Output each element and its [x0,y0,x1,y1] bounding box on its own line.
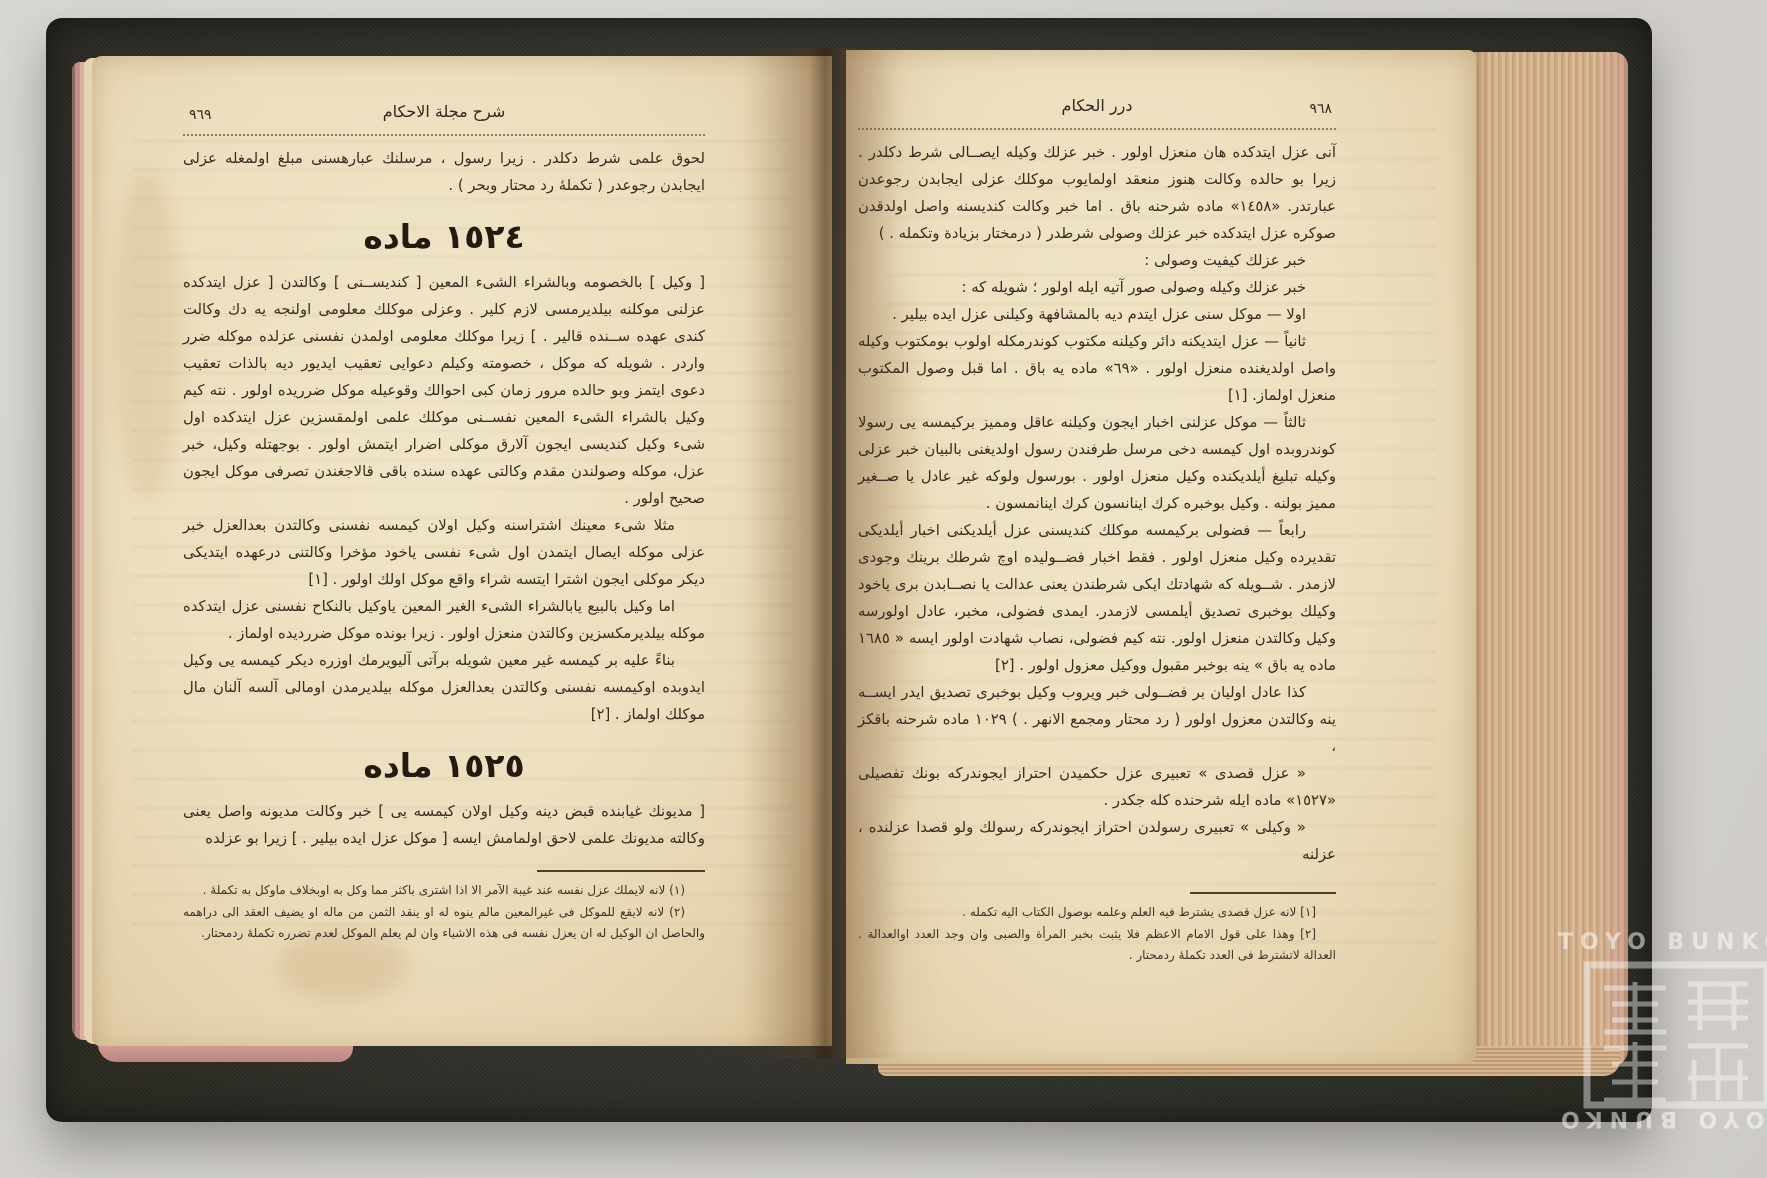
right-page-blocks: آنى عزل ايتدكده هان منعزل اولور . خبر عز… [858,139,1336,868]
right-page-header: ٩٦٨ درر الحكام [858,90,1336,128]
text-paragraph: ثالثاً — موكل عزلنى اخبار ايجون وكيلنه ع… [858,409,1336,517]
left-page-header: ٩٦٩ شرح مجلة الاحكام [183,96,705,134]
footnote-line: [٢] وهذا على قول الامام الاعظم فلا يثبت … [858,924,1336,967]
right-page-footnotes: [١] لانه عزل قصدى يشترط فيه العلم وعلمه … [858,902,1336,967]
text-paragraph: « وكيلى » تعبيرى رسولدن احتراز ايجوندركه… [858,814,1336,868]
text-paragraph: بناءً عليه بر كيمسه غير معين شويله برآتى… [183,647,705,728]
text-paragraph: مثلا شىء معينك اشتراسنه وكيل اولان كيمسه… [183,512,705,593]
text-paragraph: اولا — موكل سنى عزل ايتدم ديه بالمشافهة … [858,301,1336,328]
text-paragraph: كذا عادل اوليان بر فضــولى خبر ويروب وكي… [858,679,1336,760]
text-paragraph: لحوق علمى شرط دكلدر . زيرا رسول ، مرسلنك… [183,145,705,199]
left-page-blocks: لحوق علمى شرط دكلدر . زيرا رسول ، مرسلنك… [183,145,705,852]
left-page-footnotes: (١) لانه لايملك عزل نفسه عند غيبة الآمر … [183,880,705,945]
text-paragraph: اما وكيل بالبيع يابالشراء الشىء الغير ال… [183,593,705,647]
right-page-number: ٩٦٨ [1309,96,1332,123]
right-header-rule [858,128,1336,130]
article-heading: ١٥٢٤ ماده [183,213,705,261]
text-paragraph: [ مديونك غيابنده قبض دينه وكيل اولان كيم… [183,798,705,852]
text-paragraph: خبر عزلك وكيله وصولى صور آتيه ايله اولور… [858,274,1336,301]
footnote-line: (٢) لانه لايقع للموكل فى غيرالمعين مالم … [183,902,705,945]
right-page-text: ٩٦٨ درر الحكام آنى عزل ايتدكده هان منعزل… [858,90,1336,967]
article-heading: ١٥٢٥ ماده [183,742,705,790]
footnote-line: [١] لانه عزل قصدى يشترط فيه العلم وعلمه … [858,902,1336,924]
left-header-rule [183,134,705,136]
text-paragraph: « عزل قصدى » تعبيرى عزل حكميدن احتراز اي… [858,760,1336,814]
text-paragraph: آنى عزل ايتدكده هان منعزل اولور . خبر عز… [858,139,1336,247]
left-page-title: شرح مجلة الاحكام [383,98,506,125]
left-page-text: ٩٦٩ شرح مجلة الاحكام لحوق علمى شرط دكلدر… [183,96,705,945]
page-fore-edge [1474,52,1628,1066]
left-page-number: ٩٦٩ [189,102,212,129]
text-paragraph: ثانياً — عزل ايتديكنه دائر وكيلنه مكتوب … [858,328,1336,409]
book-photo: ٩٦٩ شرح مجلة الاحكام لحوق علمى شرط دكلدر… [0,0,1767,1178]
right-footnote-separator [1190,892,1336,894]
right-page-title: درر الحكام [1062,92,1133,119]
text-paragraph: رابعاً — فضولى بركيمسه موكلك كنديسنى عزل… [858,517,1336,679]
footnote-line: (١) لانه لايملك عزل نفسه عند غيبة الآمر … [183,880,705,902]
text-paragraph: خبر عزلك كيفيت وصولى : [858,247,1336,274]
text-paragraph: [ وكيل ] بالخصومه وبالشراء الشىء المعين … [183,269,705,512]
left-footnote-separator [537,870,705,872]
